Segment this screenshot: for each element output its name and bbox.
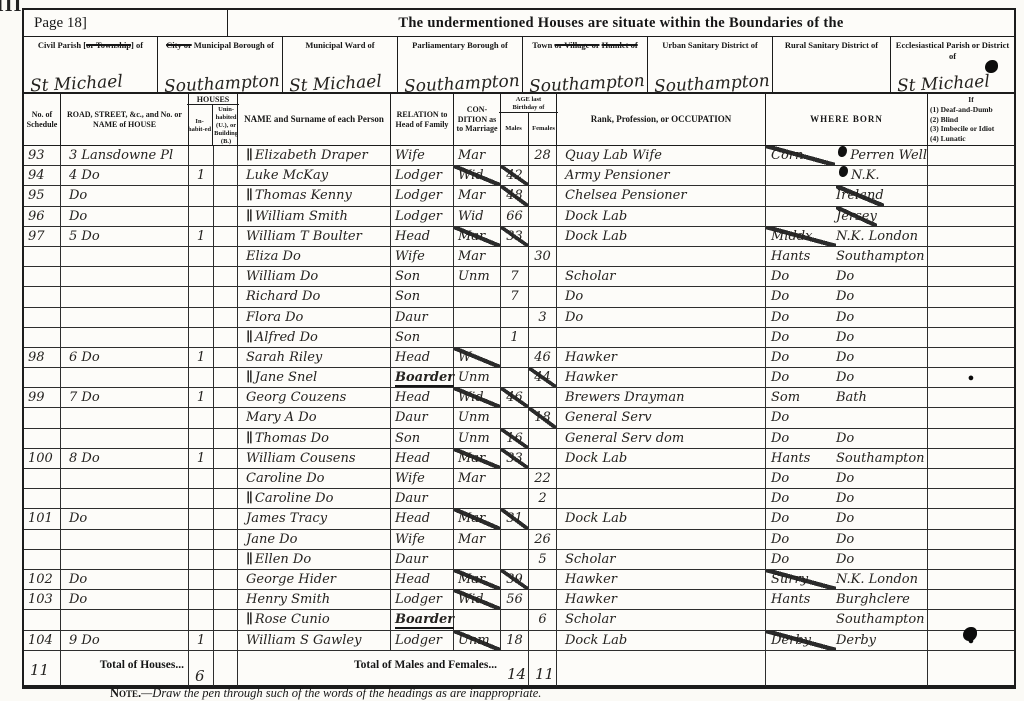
- occupation-value: Hawker: [565, 572, 617, 587]
- name-value: George Hider: [246, 572, 336, 587]
- schedule-value: 97: [28, 229, 45, 244]
- name-cell: William Do: [238, 267, 391, 287]
- road-value: Do: [69, 572, 87, 587]
- occupation-cell: [557, 530, 766, 550]
- age-male-value: 7: [510, 269, 518, 284]
- relation-value: Head: [395, 511, 430, 526]
- condition-value: Unm: [458, 633, 490, 648]
- schedule-cell: [24, 429, 61, 449]
- born-place-value: Do: [836, 328, 854, 347]
- header-relation: RELATION to Head of Family: [391, 94, 454, 146]
- uninhabited-cell: [214, 247, 238, 267]
- occupation-value: Hawker: [565, 350, 617, 365]
- inhabited-cell: [189, 247, 214, 267]
- where-born-cell: HantsSouthampton: [766, 247, 928, 267]
- road-value: Do: [69, 209, 87, 224]
- age-male-value: 46: [506, 390, 523, 405]
- age-female-cell: 46: [529, 348, 557, 368]
- schedule-cell: [24, 489, 61, 509]
- occupation-value: Dock Lab: [565, 633, 627, 648]
- relation-value: Head: [395, 451, 430, 466]
- schedule-cell: 103: [24, 590, 61, 610]
- name-value: Sarah Riley: [246, 350, 322, 365]
- age-female-value: 22: [534, 471, 551, 486]
- age-female-value: 46: [534, 350, 551, 365]
- district-label-part: Rural Sanitary District of: [785, 40, 878, 50]
- relation-cell: Wife: [391, 530, 454, 550]
- relation-cell: Head: [391, 509, 454, 529]
- district-label-part: ] of: [131, 40, 143, 50]
- district-label: City or Municipal Borough of: [158, 40, 282, 51]
- age-female-cell: 30: [529, 247, 557, 267]
- condition-value: Unm: [458, 431, 490, 446]
- age-male-cell: [501, 368, 529, 388]
- name-value: Thomas Do: [246, 431, 329, 446]
- name-cell: Sarah Riley: [238, 348, 391, 368]
- condition-cell: Wid: [454, 166, 501, 186]
- age-male-cell: 31: [501, 509, 529, 529]
- age-female-cell: 44: [529, 368, 557, 388]
- disability-line: (4) Lunatic: [930, 134, 1012, 144]
- uninhabited-cell: [214, 146, 238, 166]
- uninhabited-cell: [214, 449, 238, 469]
- disability-cell: [928, 429, 1014, 449]
- name-cell: Alfred Do: [238, 328, 391, 348]
- name-cell: William Smith: [238, 207, 391, 227]
- district-municipal-borough: City or Municipal Borough ofSouthampton: [158, 37, 283, 92]
- name-value: Ellen Do: [246, 552, 311, 567]
- totals-empty-cell: [766, 651, 928, 687]
- name-value: Richard Do: [246, 289, 320, 304]
- totals-males-value: 14: [507, 665, 526, 683]
- age-female-cell: [529, 227, 557, 247]
- schedule-cell: [24, 530, 61, 550]
- condition-cell: Wid: [454, 590, 501, 610]
- uninhabited-cell: [214, 429, 238, 449]
- district-label-part: or Township: [86, 40, 131, 50]
- relation-value: Boarder: [395, 370, 454, 387]
- where-born-cell: Ireland: [766, 186, 928, 206]
- uninhabited-cell: [214, 328, 238, 348]
- born-county-value: Do: [766, 469, 836, 488]
- occupation-value: Scholar: [565, 269, 616, 284]
- inhabited-cell: [189, 489, 214, 509]
- where-born-cell: SomBath: [766, 388, 928, 408]
- condition-cell: [454, 550, 501, 570]
- age-female-value: 5: [538, 552, 546, 567]
- road-cell: [61, 308, 189, 328]
- born-place-value: Ireland: [836, 186, 884, 205]
- name-cell: James Tracy: [238, 509, 391, 529]
- born-place-value: Burghclere: [836, 590, 910, 609]
- age-male-cell: 7: [501, 287, 529, 307]
- age-female-cell: [529, 429, 557, 449]
- age-female-cell: [529, 570, 557, 590]
- road-cell: [61, 368, 189, 388]
- age-female-cell: [529, 287, 557, 307]
- disability-line: (3) Imbecile or Idiot: [930, 124, 1012, 134]
- condition-value: Mar: [458, 532, 485, 547]
- road-cell: 5 Do: [61, 227, 189, 247]
- uninhabited-cell: [214, 610, 238, 630]
- occupation-value: General Serv dom: [565, 431, 684, 446]
- schedule-cell: [24, 267, 61, 287]
- uninhabited-cell: [214, 368, 238, 388]
- inhabited-value: 1: [197, 451, 205, 466]
- condition-cell: Mar: [454, 509, 501, 529]
- inhabited-cell: [189, 509, 214, 529]
- where-born-cell: DerbyDerby: [766, 631, 928, 651]
- born-county-value: Som: [766, 388, 836, 407]
- disability-cell: [928, 308, 1014, 328]
- district-label-part: Municipal Ward of: [305, 40, 374, 50]
- schedule-cell: 102: [24, 570, 61, 590]
- uninhabited-cell: [214, 207, 238, 227]
- road-value: Do: [69, 592, 87, 607]
- occupation-cell: Scholar: [557, 550, 766, 570]
- occupation-cell: [557, 469, 766, 489]
- born-county-value: Do: [766, 429, 836, 448]
- age-female-cell: [529, 449, 557, 469]
- born-place-value: Do: [836, 550, 854, 569]
- district-label-part: or Village or: [554, 40, 599, 50]
- relation-cell: Lodger: [391, 207, 454, 227]
- age-male-cell: 18: [501, 631, 529, 651]
- name-value: Eliza Do: [246, 249, 301, 264]
- disability-cell: [928, 247, 1014, 267]
- age-female-cell: [529, 590, 557, 610]
- disability-cell: [928, 348, 1014, 368]
- relation-cell: Head: [391, 227, 454, 247]
- header-inhabited: In-habit-ed: [187, 105, 213, 146]
- born-place-value: Southampton: [836, 247, 925, 266]
- header-disabilities: If(1) Deaf-and-Dumb(2) Blind(3) Imbecile…: [928, 94, 1014, 146]
- age-female-cell: [529, 388, 557, 408]
- age-male-value: 18: [506, 633, 523, 648]
- relation-value: Daur: [395, 310, 428, 325]
- road-cell: Do: [61, 509, 189, 529]
- inhabited-cell: [189, 207, 214, 227]
- district-rural-sanitary: Rural Sanitary District of: [773, 37, 891, 92]
- condition-cell: [454, 308, 501, 328]
- inhabited-cell: [189, 267, 214, 287]
- age-female-cell: 26: [529, 530, 557, 550]
- road-cell: 9 Do: [61, 631, 189, 651]
- schedule-cell: [24, 550, 61, 570]
- occupation-cell: Scholar: [557, 610, 766, 630]
- schedule-cell: 100: [24, 449, 61, 469]
- disability-cell: [928, 166, 1014, 186]
- relation-value: Son: [395, 289, 420, 304]
- condition-cell: Wid: [454, 207, 501, 227]
- name-value: Caroline Do: [246, 491, 333, 506]
- age-male-cell: [501, 610, 529, 630]
- condition-cell: [454, 287, 501, 307]
- road-cell: 4 Do: [61, 166, 189, 186]
- uninhabited-cell: [214, 287, 238, 307]
- road-value: 8 Do: [69, 451, 100, 466]
- name-value: William Do: [246, 269, 318, 284]
- condition-value: W: [458, 350, 471, 365]
- occupation-cell: General Serv: [557, 408, 766, 428]
- district-label-part: Ecclesiastical Parish or District of: [896, 40, 1009, 61]
- age-male-value: 56: [506, 592, 523, 607]
- disability-cell: [928, 489, 1014, 509]
- occupation-cell: Hawker: [557, 348, 766, 368]
- inhabited-value: 1: [197, 229, 205, 244]
- schedule-cell: [24, 368, 61, 388]
- district-label-part: Town: [532, 40, 554, 50]
- born-county-value: [766, 186, 836, 205]
- age-female-value: 2: [538, 491, 546, 506]
- disability-line: If: [930, 95, 1012, 105]
- occupation-cell: [557, 328, 766, 348]
- schedule-cell: [24, 469, 61, 489]
- schedule-cell: 97: [24, 227, 61, 247]
- inhabited-cell: [189, 368, 214, 388]
- where-born-cell: DoDo: [766, 308, 928, 328]
- born-place-value: N.K.: [851, 166, 880, 185]
- district-label: Rural Sanitary District of: [773, 40, 890, 51]
- district-label-part: Parliamentary Borough of: [412, 40, 508, 50]
- occupation-cell: [557, 489, 766, 509]
- inhabited-cell: [189, 610, 214, 630]
- born-place-value: Do: [836, 287, 854, 306]
- condition-value: Wid: [458, 168, 484, 183]
- occupation-cell: Hawker: [557, 368, 766, 388]
- born-county-value: [766, 166, 836, 185]
- age-female-value: 18: [534, 410, 551, 425]
- inhabited-cell: [189, 550, 214, 570]
- name-cell: Rose Cunio: [238, 610, 391, 630]
- ink-blot: [838, 146, 847, 157]
- age-female-cell: 22: [529, 469, 557, 489]
- born-place-value: Southampton: [836, 610, 925, 629]
- age-female-value: 28: [534, 148, 551, 163]
- occupation-value: Dock Lab: [565, 209, 627, 224]
- born-county-value: Do: [766, 489, 836, 508]
- relation-value: Wife: [395, 249, 425, 264]
- district-label: Civil Parish [or Township] of: [24, 40, 157, 51]
- name-value: Henry Smith: [246, 592, 330, 607]
- relation-value: Boarder: [395, 612, 454, 629]
- occupation-value: General Serv: [565, 410, 652, 425]
- relation-cell: Daur: [391, 489, 454, 509]
- born-place-value: N.K. London: [836, 570, 918, 589]
- schedule-value: 99: [28, 390, 45, 405]
- age-male-cell: 16: [501, 429, 529, 449]
- schedule-value: 95: [28, 188, 45, 203]
- disability-cell: [928, 207, 1014, 227]
- title-bar: Page 18] The undermentioned Houses are s…: [24, 10, 1014, 37]
- inhabited-cell: 1: [189, 348, 214, 368]
- district-label-part: Urban Sanitary District of: [662, 40, 758, 50]
- relation-cell: Head: [391, 449, 454, 469]
- born-place-value: Do: [836, 509, 854, 528]
- born-place-value: Do: [836, 308, 854, 327]
- disability-cell: [928, 408, 1014, 428]
- age-male-value: 1: [510, 330, 518, 345]
- age-female-cell: [529, 267, 557, 287]
- disability-cell: [928, 449, 1014, 469]
- header-age-sub: Males Females: [499, 112, 558, 146]
- born-county-value: Hants: [766, 590, 836, 609]
- condition-cell: Mar: [454, 530, 501, 550]
- born-county-value: Do: [766, 348, 836, 367]
- name-value: William S Gawley: [246, 633, 361, 648]
- name-value: Mary A Do: [246, 410, 317, 425]
- relation-value: Wife: [395, 471, 425, 486]
- where-born-cell: DoDo: [766, 368, 928, 388]
- road-cell: [61, 287, 189, 307]
- inhabited-cell: [189, 530, 214, 550]
- footer-note-text: —Draw the pen through such of the words …: [141, 686, 541, 700]
- relation-cell: Son: [391, 429, 454, 449]
- inhabited-cell: 1: [189, 631, 214, 651]
- name-cell: Caroline Do: [238, 489, 391, 509]
- census-table: No. of Schedule ROAD, STREET, &c., and N…: [24, 94, 1014, 687]
- born-place-value: Do: [836, 368, 854, 387]
- condition-cell: Unm: [454, 429, 501, 449]
- district-municipal-ward: Municipal Ward ofSt Michael: [283, 37, 398, 92]
- where-born-cell: HantsSouthampton: [766, 449, 928, 469]
- name-cell: Henry Smith: [238, 590, 391, 610]
- condition-cell: Mar: [454, 146, 501, 166]
- relation-cell: Head: [391, 348, 454, 368]
- district-value: St Michael: [289, 72, 383, 97]
- age-female-cell: 3: [529, 308, 557, 328]
- inhabited-cell: 1: [189, 166, 214, 186]
- name-cell: Flora Do: [238, 308, 391, 328]
- relation-cell: Wife: [391, 469, 454, 489]
- road-cell: [61, 550, 189, 570]
- age-male-cell: 1: [501, 328, 529, 348]
- header-road: ROAD, STREET, &c., and No. or NAME of HO…: [61, 94, 189, 146]
- condition-value: Unm: [458, 269, 490, 284]
- name-value: William Cousens: [246, 451, 356, 466]
- schedule-cell: 96: [24, 207, 61, 227]
- name-cell: Eliza Do: [238, 247, 391, 267]
- header-uninhabited: Unin-habited (U.), or Building (B.): [213, 105, 239, 146]
- name-value: Thomas Kenny: [246, 188, 352, 203]
- condition-cell: Unm: [454, 408, 501, 428]
- district-parliamentary-borough: Parliamentary Borough ofSouthampton: [398, 37, 523, 92]
- road-cell: 7 Do: [61, 388, 189, 408]
- road-cell: Do: [61, 207, 189, 227]
- born-county-value: Do: [766, 287, 836, 306]
- header-schedule: No. of Schedule: [24, 94, 61, 146]
- occupation-value: Do: [565, 289, 583, 304]
- born-county-value: Hants: [766, 247, 836, 266]
- relation-cell: Lodger: [391, 166, 454, 186]
- road-cell: [61, 469, 189, 489]
- district-value: St Michael: [897, 72, 991, 97]
- relation-cell: Head: [391, 388, 454, 408]
- totals-females-cell: 11: [529, 651, 557, 687]
- born-place-value: Jersey: [836, 207, 877, 226]
- where-born-cell: Jersey: [766, 207, 928, 227]
- relation-cell: Son: [391, 267, 454, 287]
- name-value: Elizabeth Draper: [246, 148, 368, 163]
- road-value: 4 Do: [69, 168, 100, 183]
- schedule-value: 100: [28, 451, 53, 466]
- ink-blot: [839, 166, 848, 177]
- occupation-cell: [557, 247, 766, 267]
- age-male-cell: [501, 408, 529, 428]
- age-male-cell: [501, 247, 529, 267]
- born-county-value: Do: [766, 328, 836, 347]
- occupation-cell: Brewers Drayman: [557, 388, 766, 408]
- born-place-value: Do: [836, 267, 854, 286]
- road-cell: 3 Lansdowne Pl: [61, 146, 189, 166]
- header-where-born: WHERE BORN: [766, 94, 928, 146]
- condition-value: Mar: [458, 511, 485, 526]
- occupation-cell: Dock Lab: [557, 631, 766, 651]
- occupation-cell: Scholar: [557, 267, 766, 287]
- schedule-cell: 94: [24, 166, 61, 186]
- district-value: St Michael: [30, 72, 124, 97]
- name-value: Georg Couzens: [246, 390, 346, 405]
- condition-value: Unm: [458, 410, 490, 425]
- condition-value: Mar: [458, 249, 485, 264]
- schedule-cell: 95: [24, 186, 61, 206]
- relation-cell: Daur: [391, 550, 454, 570]
- road-value: 5 Do: [69, 229, 100, 244]
- age-female-cell: [529, 328, 557, 348]
- name-cell: Thomas Kenny: [238, 186, 391, 206]
- age-male-value: 31: [506, 511, 523, 526]
- schedule-cell: 99: [24, 388, 61, 408]
- condition-value: Mar: [458, 451, 485, 466]
- road-cell: Do: [61, 186, 189, 206]
- born-place-value: Southampton: [836, 449, 925, 468]
- age-female-cell: 5: [529, 550, 557, 570]
- disability-cell: [928, 509, 1014, 529]
- name-cell: Elizabeth Draper: [238, 146, 391, 166]
- name-value: Luke McKay: [246, 168, 328, 183]
- occupation-cell: Do: [557, 287, 766, 307]
- age-male-cell: 46: [501, 388, 529, 408]
- relation-value: Lodger: [395, 209, 442, 224]
- header-disabilities-lines: If(1) Deaf-and-Dumb(2) Blind(3) Imbecile…: [930, 95, 1012, 144]
- relation-value: Daur: [395, 491, 428, 506]
- footer-note-prefix: Note.: [110, 686, 141, 700]
- occupation-value: Scholar: [565, 552, 616, 567]
- relation-value: Lodger: [395, 188, 442, 203]
- where-born-cell: HantsBurghclere: [766, 590, 928, 610]
- age-male-cell: [501, 530, 529, 550]
- born-place-value: Do: [836, 348, 854, 367]
- condition-cell: Mar: [454, 449, 501, 469]
- district-town: Town or Village or Hamlet ofSouthampton: [523, 37, 648, 92]
- condition-value: Mar: [458, 572, 485, 587]
- sheet-title: The undermentioned Houses are situate wi…: [228, 15, 1014, 32]
- where-born-cell: DoDo: [766, 348, 928, 368]
- schedule-value: 101: [28, 511, 53, 526]
- totals-males-females-label: Total of Males and Females...: [354, 659, 497, 671]
- where-born-cell: DoDo: [766, 550, 928, 570]
- age-male-value: 33: [506, 229, 523, 244]
- born-place-value: Do: [836, 489, 854, 508]
- name-cell: Caroline Do: [238, 469, 391, 489]
- inhabited-cell: [189, 287, 214, 307]
- relation-value: Son: [395, 431, 420, 446]
- road-value: Do: [69, 188, 87, 203]
- header-occupation: Rank, Profession, or OCCUPATION: [557, 94, 766, 146]
- header-houses-group: HOUSES In-habit-ed Unin-habited (U.), or…: [189, 94, 238, 146]
- occupation-value: Do: [565, 310, 583, 325]
- disability-cell: [928, 469, 1014, 489]
